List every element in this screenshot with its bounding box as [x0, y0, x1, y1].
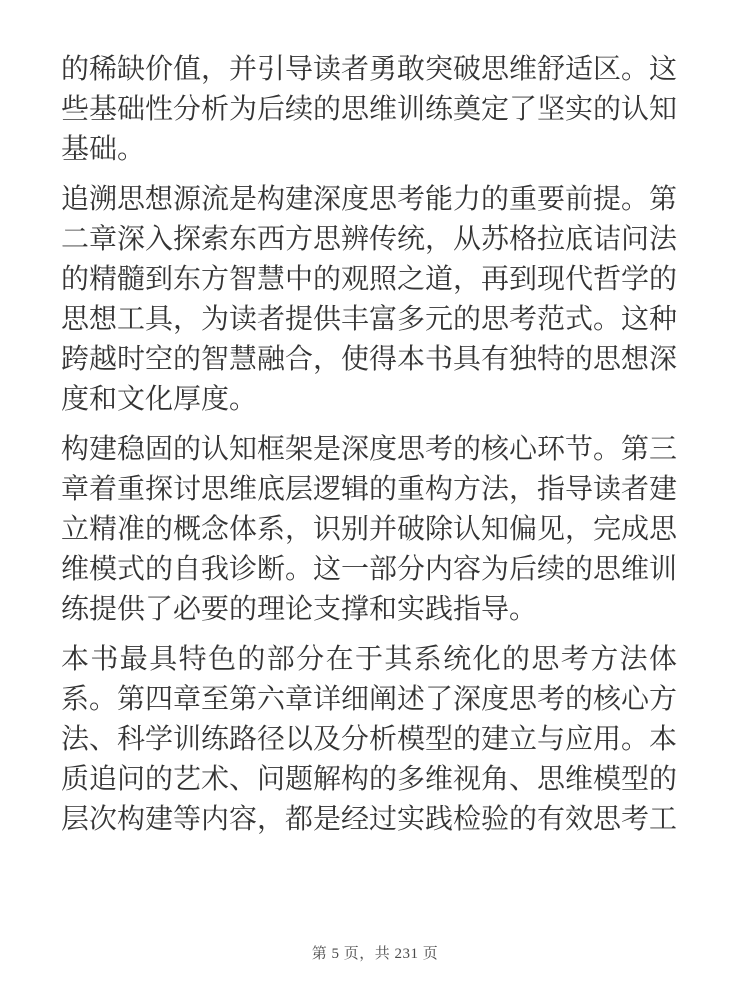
paragraph: 本书最具特色的部分在于其系统化的思考方法体系。第四章至第六章详细阐述了深度思考的… [61, 639, 677, 839]
document-page: 的稀缺价值，并引导读者勇敢突破思维舒适区。这些基础性分析为后续的思维训练奠定了坚… [61, 49, 677, 839]
page-indicator: 第 5 页，共 231 页 [312, 946, 439, 962]
paragraph: 的稀缺价值，并引导读者勇敢突破思维舒适区。这些基础性分析为后续的思维训练奠定了坚… [61, 49, 677, 169]
paragraph: 构建稳固的认知框架是深度思考的核心环节。第三章着重探讨思维底层逻辑的重构方法，指… [61, 429, 677, 629]
paragraph: 追溯思想源流是构建深度思考能力的重要前提。第二章深入探索东西方思辨传统，从苏格拉… [61, 179, 677, 419]
page-footer: 第 5 页，共 231 页 [0, 945, 750, 963]
